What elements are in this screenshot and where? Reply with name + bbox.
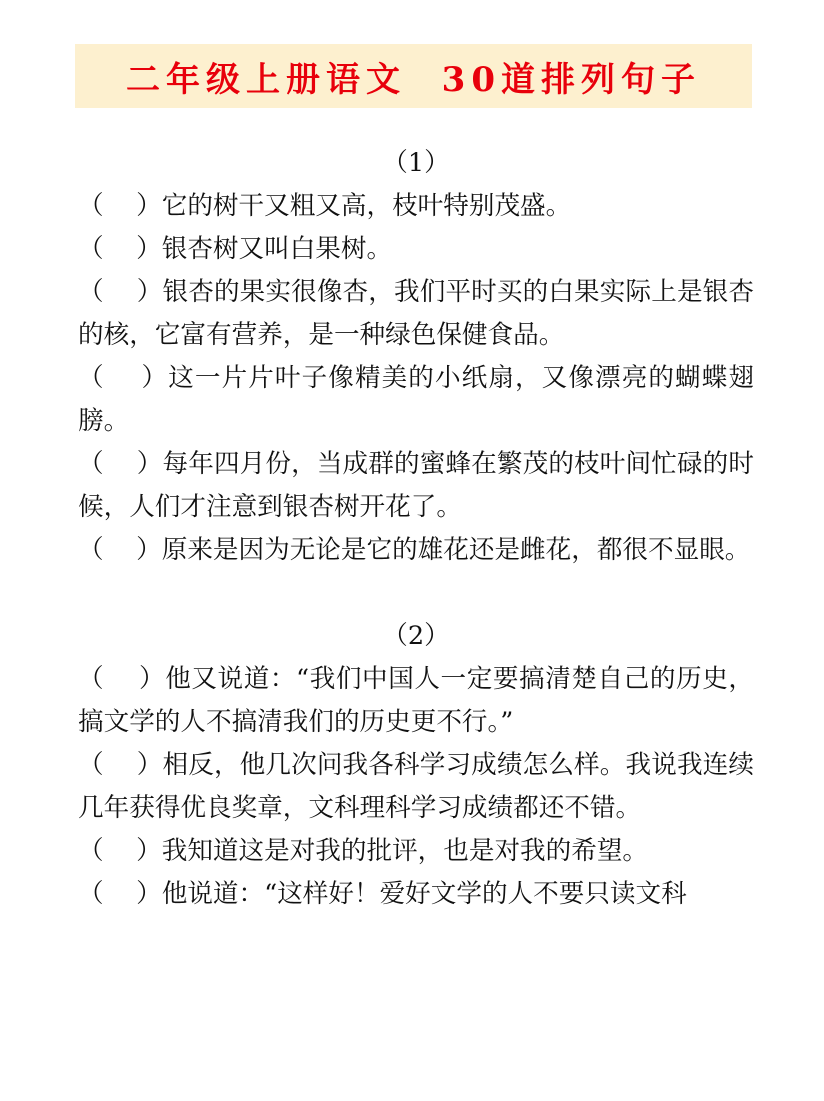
answer-blank[interactable]: （ ） [78, 363, 168, 393]
worksheet-content: （1） （ ）它的树干又粗又高，枝叶特别茂盛。 （ ）银杏树又叫白果树。 （ ）… [78, 142, 754, 916]
section-label: （2） [78, 615, 754, 658]
sentence-text: 这一片片叶子像精美的小纸扇，又像漂亮的蝴蝶翅膀。 [78, 363, 754, 436]
sentence-text: 他说道：“这样好！爱好文学的人不要只读文科 [162, 879, 687, 909]
sentence-item: （ ）银杏的果实很像杏，我们平时买的白果实际上是银杏的核，它富有营养，是一种绿色… [78, 271, 754, 357]
sentence-text: 它的树干又粗又高，枝叶特别茂盛。 [162, 191, 572, 221]
sentence-text: 原来是因为无论是它的雄花还是雌花，都很不显眼。 [162, 535, 751, 565]
answer-blank[interactable]: （ ） [78, 664, 165, 694]
section-2: （2） （ ）他又说道：“我们中国人一定要搞清楚自己的历史，搞文学的人不搞清我们… [78, 615, 754, 916]
answer-blank[interactable]: （ ） [78, 750, 163, 780]
sentence-text: 他又说道：“我们中国人一定要搞清楚自己的历史，搞文学的人不搞清我们的历史更不行。… [78, 664, 754, 737]
title-banner: 二年级上册语文 30道排列句子 [75, 44, 752, 108]
sentence-item: （ ）他说道：“这样好！爱好文学的人不要只读文科 [78, 873, 754, 916]
sentence-item: （ ）他又说道：“我们中国人一定要搞清楚自己的历史，搞文学的人不搞清我们的历史更… [78, 658, 754, 744]
answer-blank[interactable]: （ ） [78, 879, 162, 909]
sentence-item: （ ）我知道这是对我的批评，也是对我的希望。 [78, 830, 754, 873]
answer-blank[interactable]: （ ） [78, 277, 163, 307]
sentence-item: （ ）原来是因为无论是它的雄花还是雌花，都很不显眼。 [78, 529, 754, 572]
answer-blank[interactable]: （ ） [78, 449, 163, 479]
sentence-text: 我知道这是对我的批评，也是对我的希望。 [162, 836, 648, 866]
sentence-text: 银杏的果实很像杏，我们平时买的白果实际上是银杏的核，它富有营养，是一种绿色保健食… [78, 277, 754, 350]
answer-blank[interactable]: （ ） [78, 836, 162, 866]
sentence-item: （ ）相反，他几次问我各科学习成绩怎么样。我说我连续几年获得优良奖章，文科理科学… [78, 744, 754, 830]
sentence-text: 相反，他几次问我各科学习成绩怎么样。我说我连续几年获得优良奖章，文科理科学习成绩… [78, 750, 754, 823]
answer-blank[interactable]: （ ） [78, 191, 162, 221]
section-label: （1） [78, 142, 754, 185]
sentence-item: （ ）它的树干又粗又高，枝叶特别茂盛。 [78, 185, 754, 228]
section-spacer [78, 572, 754, 615]
answer-blank[interactable]: （ ） [78, 234, 162, 264]
sentence-text: 每年四月份，当成群的蜜蜂在繁茂的枝叶间忙碌的时候，人们才注意到银杏树开花了。 [78, 449, 754, 522]
section-1: （1） （ ）它的树干又粗又高，枝叶特别茂盛。 （ ）银杏树又叫白果树。 （ ）… [78, 142, 754, 572]
answer-blank[interactable]: （ ） [78, 535, 162, 565]
sentence-item: （ ）每年四月份，当成群的蜜蜂在繁茂的枝叶间忙碌的时候，人们才注意到银杏树开花了… [78, 443, 754, 529]
sentence-item: （ ）银杏树又叫白果树。 [78, 228, 754, 271]
sentence-item: （ ）这一片片叶子像精美的小纸扇，又像漂亮的蝴蝶翅膀。 [78, 357, 754, 443]
page-title: 二年级上册语文 30道排列句子 [126, 52, 701, 101]
sentence-text: 银杏树又叫白果树。 [162, 234, 392, 264]
